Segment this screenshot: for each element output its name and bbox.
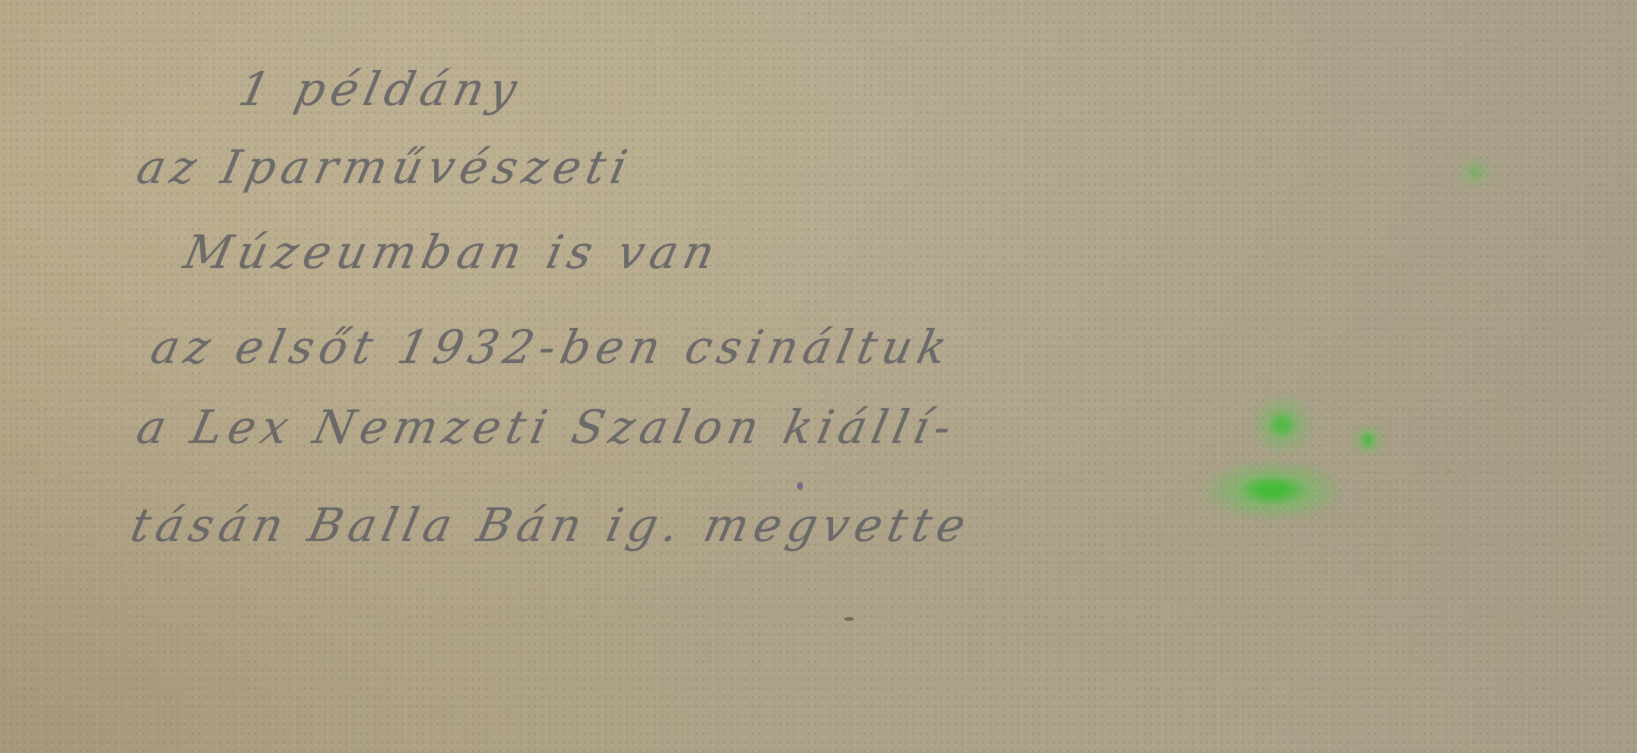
handwritten-line-1: 1 példány (234, 62, 527, 116)
handwritten-line-5: a Lex Nemzeti Szalon kiállí- (132, 400, 962, 454)
paper-speck (1446, 468, 1452, 474)
paper-sheet: 1 példány az Iparművészeti Múzeumban is … (0, 0, 1637, 753)
handwritten-line-6: tásán Balla Bán ig. megvette (126, 498, 976, 552)
handwritten-line-4: az elsőt 1932-ben csináltuk (146, 320, 957, 374)
green-paint-stain (1350, 425, 1395, 455)
handwritten-line-2: az Iparművészeti (132, 140, 638, 194)
ink-speck (797, 482, 803, 490)
green-paint-stain (1190, 455, 1340, 525)
green-paint-stain (1250, 395, 1330, 455)
pencil-mark (844, 617, 854, 621)
handwritten-line-3: Múzeumban is van (179, 225, 725, 279)
green-paint-stain (1455, 155, 1505, 190)
